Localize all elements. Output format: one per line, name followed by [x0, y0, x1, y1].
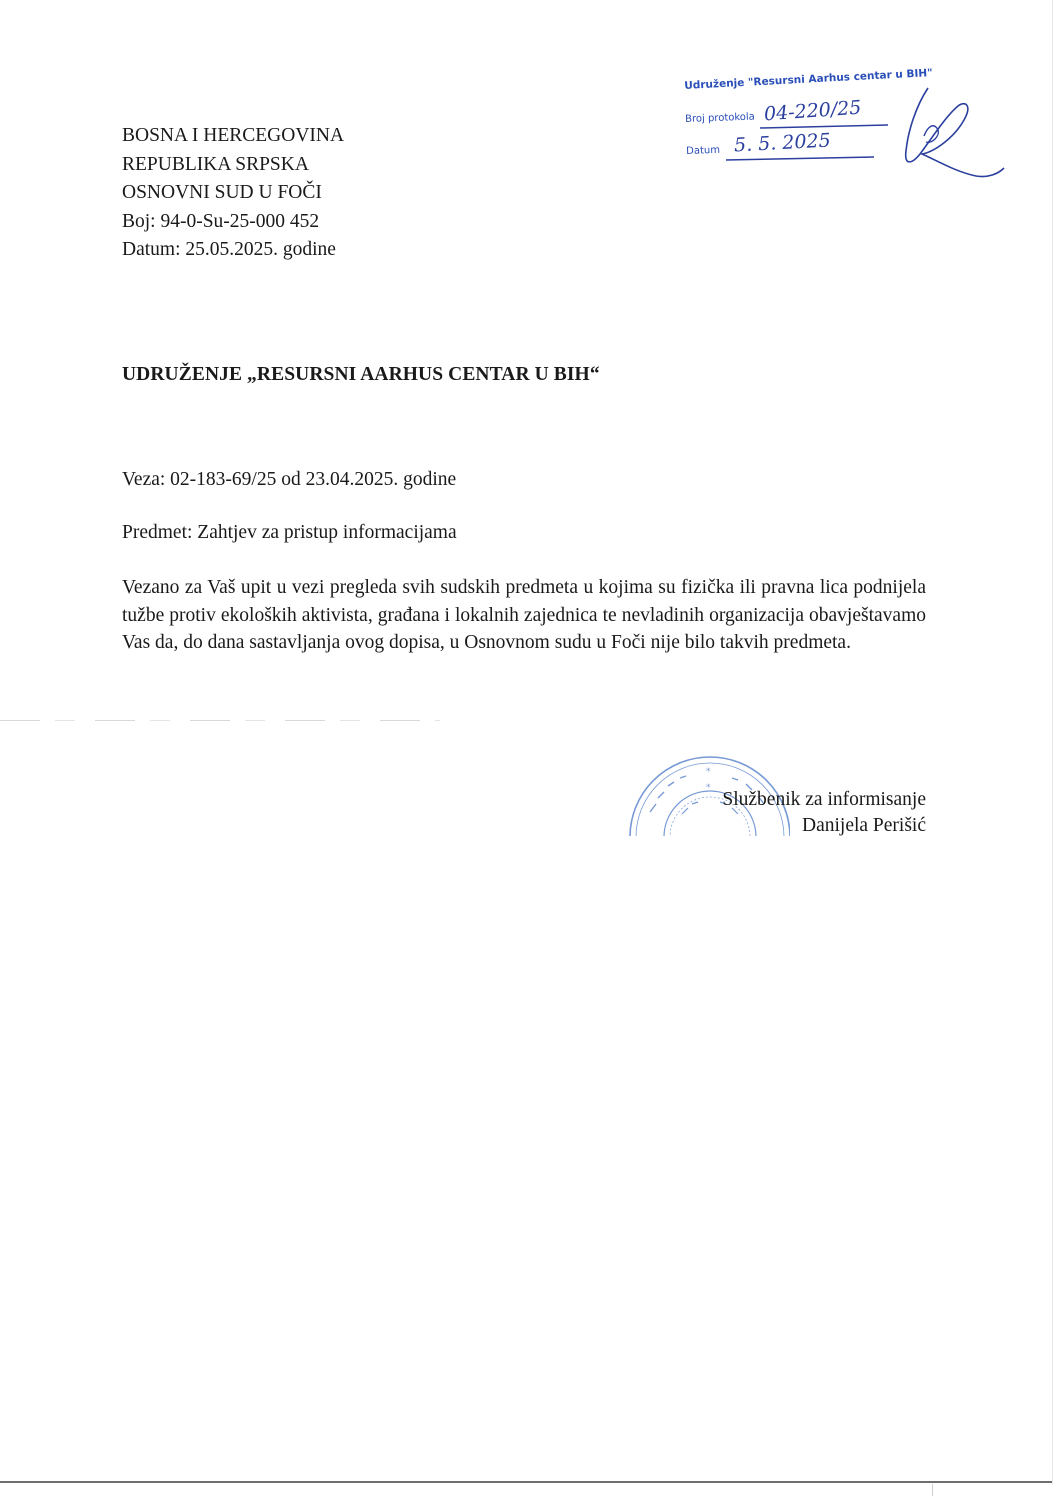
body-paragraph: Vezano za Vaš upit u vezi pregleda svih …: [122, 574, 926, 657]
document-page: Udruženje "Resursni Aarhus centar u BIH"…: [0, 0, 1058, 1496]
page-edge-right: [1052, 0, 1053, 1484]
recipient: UDRUŽENJE „RESURSNI AARHUS CENTAR U BIH“: [122, 364, 600, 386]
court-header: BOSNA I HERCEGOVINA REPUBLIKA SRPSKA OSN…: [122, 122, 344, 265]
handwritten-signature-icon: [876, 76, 1006, 196]
svg-text:*: *: [706, 783, 711, 793]
subject-line: Predmet: Zahtjev za pristup informacijam…: [122, 522, 457, 544]
header-case-number: Boj: 94-0-Su-25-000 452: [122, 208, 344, 237]
page-edge-bottom: [0, 1481, 1052, 1483]
header-entity: REPUBLIKA SRPSKA: [122, 151, 344, 180]
header-country: BOSNA I HERCEGOVINA: [122, 122, 344, 151]
stamp-datum-underline: [726, 156, 876, 162]
svg-text:*: *: [706, 767, 711, 777]
stamp-datum-value: 5. 5. 2025: [733, 129, 831, 156]
reference-line: Veza: 02-183-69/25 od 23.04.2025. godine: [122, 469, 456, 491]
signatory-title: Službenik za informisanje: [722, 787, 926, 813]
scan-artifact-line: [0, 720, 440, 721]
stamp-datum-label: Datum: [686, 145, 720, 157]
signature-block: Službenik za informisanje Danijela Periš…: [722, 787, 926, 839]
received-stamp: Udruženje "Resursni Aarhus centar u BIH"…: [676, 76, 1006, 196]
signatory-name: Danijela Perišić: [722, 813, 926, 839]
stamp-protokol-value: 04-220/25: [763, 97, 862, 126]
header-date: Datum: 25.05.2025. godine: [122, 236, 344, 265]
scan-artifact: [932, 1484, 933, 1496]
stamp-protokol-label: Broj protokola: [685, 112, 755, 125]
header-court: OSNOVNI SUD U FOČI: [122, 179, 344, 208]
